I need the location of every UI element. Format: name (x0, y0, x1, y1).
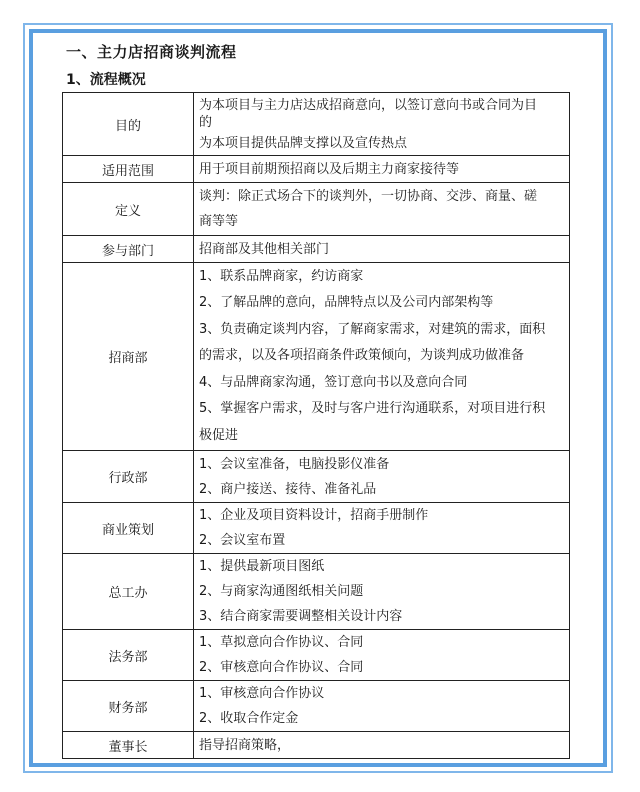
table-row-legal-dept: 法务部 1、草拟意向合作协议、合同 2、审核意向合作协议、合同 (63, 630, 570, 681)
row-content: 1、联系品牌商家，约访商家 2、了解品牌的意向，品牌特点以及公司内部架构等 3、… (194, 263, 570, 451)
row-content: 指导招商策略， (194, 732, 570, 759)
table-row-finance-dept: 财务部 1、审核意向合作协议 2、收取合作定金 (63, 681, 570, 732)
content-line: 1、审核意向合作协议 (199, 681, 569, 706)
content-line: 的需求，以及各项招商条件政策倾向，为谈判成功做准备 (199, 343, 569, 370)
process-overview-table: 目的 为本项目与主力店达成招商意向，以签订意向书或合同为目 的 为本项目提供品牌… (62, 92, 570, 759)
content-line: 2、审核意向合作协议、合同 (199, 655, 569, 680)
content-line: 4、与品牌商家沟通，签订意向书以及意向合同 (199, 370, 569, 397)
content-line: 为本项目与主力店达成招商意向，以签订意向书或合同为目 (199, 97, 569, 114)
content-line: 2、会议室布置 (199, 528, 569, 553)
content-line: 用于项目前期预招商以及后期主力商家接待等 (199, 157, 569, 182)
row-content: 用于项目前期预招商以及后期主力商家接待等 (194, 156, 570, 183)
content-line: 3、负责确定谈判内容，了解商家需求，对建筑的需求，面积 (199, 317, 569, 344)
table-row-definition: 定义 谈判：除正式场合下的谈判外，一切协商、交涉、商量、磋 商等等 (63, 183, 570, 236)
row-content: 为本项目与主力店达成招商意向，以签订意向书或合同为目 的 为本项目提供品牌支撑以… (194, 93, 570, 156)
content-line: 2、商户接送、接待、准备礼品 (199, 477, 569, 502)
row-label: 董事长 (63, 732, 194, 759)
table-row-departments: 参与部门 招商部及其他相关部门 (63, 236, 570, 263)
content-line: 谈判：除正式场合下的谈判外，一切协商、交涉、商量、磋 (199, 184, 569, 209)
table-row-business-planning: 商业策划 1、企业及项目资料设计，招商手册制作 2、会议室布置 (63, 503, 570, 554)
content-line: 的 (199, 114, 569, 131)
row-label: 目的 (63, 93, 194, 156)
row-content: 招商部及其他相关部门 (194, 236, 570, 263)
content-line: 5、掌握客户需求，及时与客户进行沟通联系，对项目进行积 (199, 396, 569, 423)
table-row-investment-dept: 招商部 1、联系品牌商家，约访商家 2、了解品牌的意向，品牌特点以及公司内部架构… (63, 263, 570, 451)
content-line: 2、收取合作定金 (199, 706, 569, 731)
table-row-admin-dept: 行政部 1、会议室准备，电脑投影仪准备 2、商户接送、接待、准备礼品 (63, 451, 570, 503)
table-row-engineering-office: 总工办 1、提供最新项目图纸 2、与商家沟通图纸相关问题 3、结合商家需要调整相… (63, 554, 570, 630)
content-line: 2、了解品牌的意向，品牌特点以及公司内部架构等 (199, 290, 569, 317)
table-row-purpose: 目的 为本项目与主力店达成招商意向，以签订意向书或合同为目 的 为本项目提供品牌… (63, 93, 570, 156)
content-line: 1、草拟意向合作协议、合同 (199, 630, 569, 655)
row-label: 参与部门 (63, 236, 194, 263)
content-line: 商等等 (199, 209, 569, 234)
content-line: 1、会议室准备，电脑投影仪准备 (199, 452, 569, 477)
row-label: 商业策划 (63, 503, 194, 554)
row-label: 总工办 (63, 554, 194, 630)
row-content: 谈判：除正式场合下的谈判外，一切协商、交涉、商量、磋 商等等 (194, 183, 570, 236)
row-label: 财务部 (63, 681, 194, 732)
row-content: 1、提供最新项目图纸 2、与商家沟通图纸相关问题 3、结合商家需要调整相关设计内… (194, 554, 570, 630)
row-label: 行政部 (63, 451, 194, 503)
content-line: 指导招商策略， (199, 733, 569, 758)
content-line: 1、提供最新项目图纸 (199, 554, 569, 579)
section-heading: 1、流程概况 (66, 69, 146, 89)
content-line: 3、结合商家需要调整相关设计内容 (199, 604, 569, 629)
row-label: 招商部 (63, 263, 194, 451)
content-line: 极促进 (199, 423, 569, 450)
row-label: 定义 (63, 183, 194, 236)
row-content: 1、草拟意向合作协议、合同 2、审核意向合作协议、合同 (194, 630, 570, 681)
row-content: 1、会议室准备，电脑投影仪准备 2、商户接送、接待、准备礼品 (194, 451, 570, 503)
row-content: 1、审核意向合作协议 2、收取合作定金 (194, 681, 570, 732)
table-row-scope: 适用范围 用于项目前期预招商以及后期主力商家接待等 (63, 156, 570, 183)
content-line: 2、与商家沟通图纸相关问题 (199, 579, 569, 604)
content-line: 1、企业及项目资料设计，招商手册制作 (199, 503, 569, 528)
content-line: 1、联系品牌商家，约访商家 (199, 264, 569, 291)
row-label: 适用范围 (63, 156, 194, 183)
table-row-chairman: 董事长 指导招商策略， (63, 732, 570, 759)
content-line: 招商部及其他相关部门 (199, 237, 569, 262)
row-label: 法务部 (63, 630, 194, 681)
content-line: 为本项目提供品牌支撑以及宣传热点 (199, 135, 569, 152)
row-content: 1、企业及项目资料设计，招商手册制作 2、会议室布置 (194, 503, 570, 554)
document-title: 一、主力店招商谈判流程 (66, 41, 237, 62)
